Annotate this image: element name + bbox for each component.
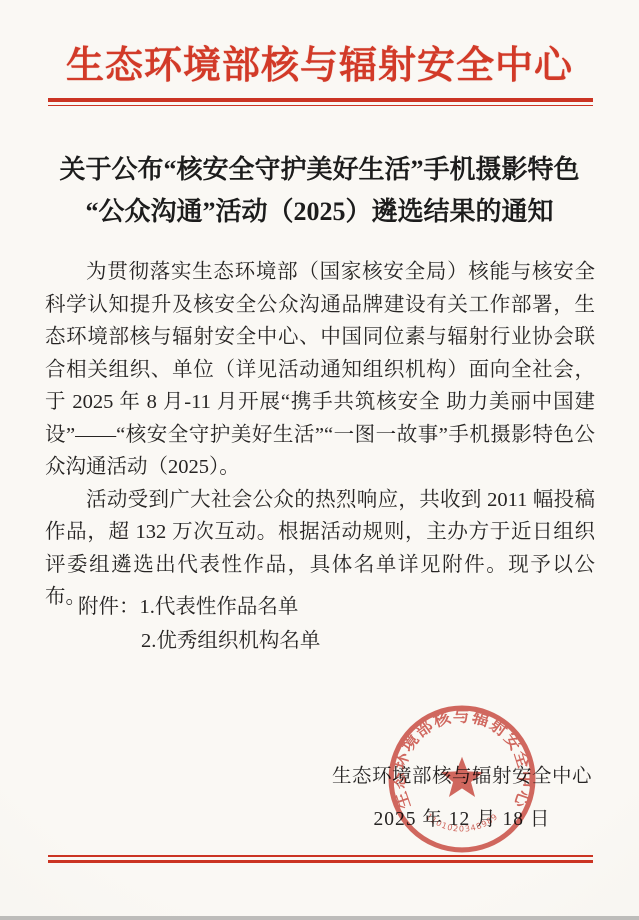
footer-thick-line — [48, 860, 593, 863]
attachment-item-2: 2.优秀组织机构名单 — [141, 630, 320, 652]
divider-thin-line — [48, 105, 593, 107]
title-line-2: “公众沟通”活动（2025）遴选结果的通知 — [85, 197, 553, 226]
title-line-1: 关于公布“核安全守护美好生活”手机摄影特色 — [59, 155, 579, 184]
divider-thick-line — [48, 98, 593, 102]
letterhead-org-name: 生态环境部核与辐射安全中心 — [0, 34, 639, 89]
svg-text:1101020348989: 1101020348989 — [424, 811, 500, 834]
footer-thin-line — [48, 855, 593, 857]
body-paragraph-1: 为贯彻落实生态环境部（国家核安全局）核能与核安全科学认知提升及核安全公众沟通品牌… — [45, 256, 595, 484]
document-body: 为贯彻落实生态环境部（国家核安全局）核能与核安全科学认知提升及核安全公众沟通品牌… — [45, 256, 595, 614]
document-page: 生态环境部核与辐射安全中心 关于公布“核安全守护美好生活”手机摄影特色 “公众沟… — [0, 0, 639, 920]
attachments-block: 附件：1.代表性作品名单 2.优秀组织机构名单 — [78, 590, 320, 658]
seal-star — [441, 757, 483, 797]
letterhead-divider — [48, 98, 593, 106]
attachment-row-1: 附件：1.代表性作品名单 — [78, 590, 320, 624]
attachments-label: 附件： — [78, 596, 140, 618]
attachment-item-1: 1.代表性作品名单 — [140, 596, 299, 618]
official-seal: 生态环境部核与辐射安全中心 1101020348989 — [386, 703, 538, 855]
footer-divider — [48, 855, 593, 863]
attachment-row-2: 2.优秀组织机构名单 — [141, 624, 320, 658]
document-title: 关于公布“核安全守护美好生活”手机摄影特色 “公众沟通”活动（2025）遴选结果… — [0, 149, 639, 233]
photo-edge-strip — [0, 916, 639, 920]
seal-serial-number: 1101020348989 — [424, 811, 500, 834]
